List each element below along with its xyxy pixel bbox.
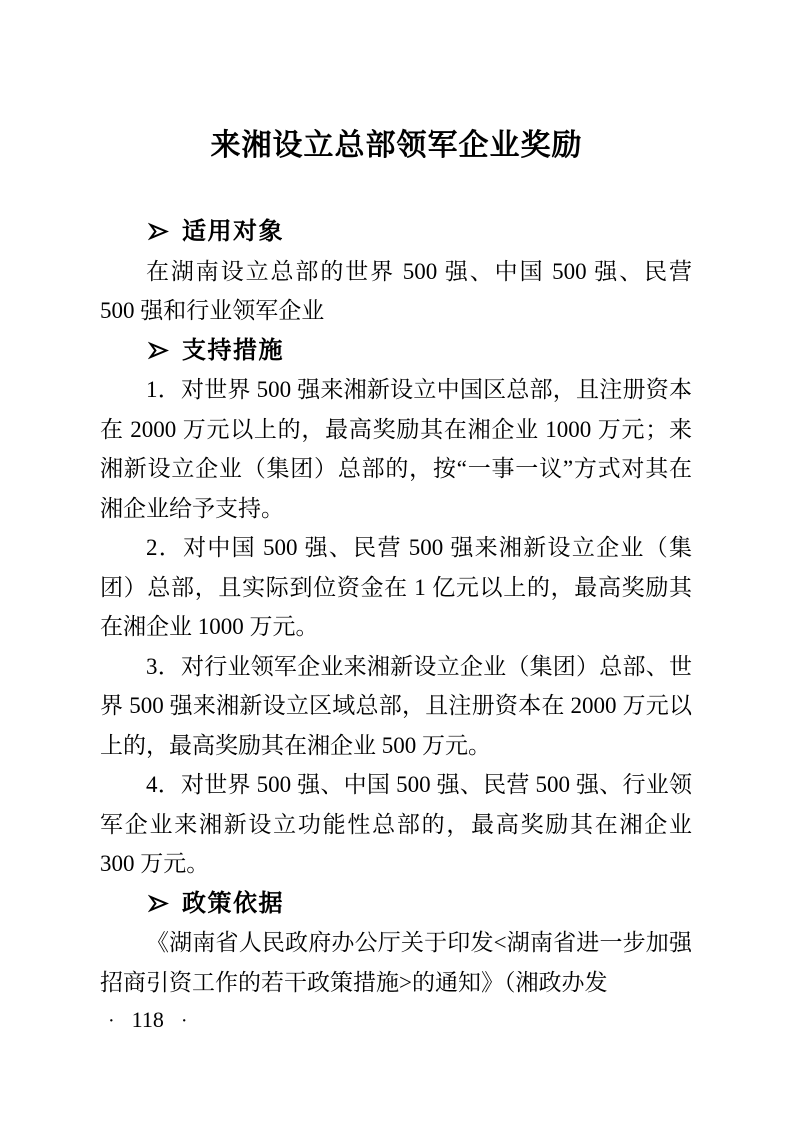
arrow-bullet-icon [148,340,169,361]
arrow-bullet-icon [148,893,169,914]
body-paragraph: 1．对世界 500 强来湘新设立中国区总部，且注册资本在 2000 万元以上的，… [100,370,692,528]
body-paragraph: 2．对中国 500 强、民营 500 强来湘新设立企业（集团）总部，且实际到位资… [100,528,692,647]
body-paragraph: 《湖南省人民政府办公厅关于印发<湖南省进一步加强招商引资工作的若干政策措施>的通… [100,923,692,1002]
section-heading-label: 政策依据 [182,884,284,924]
page-number: 118 [132,1006,164,1034]
section-heading: 政策依据 [100,884,692,924]
page-footer: · 118 · [108,1006,188,1035]
footer-right-dot: · [181,1007,188,1035]
body-paragraph: 3．对行业领军企业来湘新设立企业（集团）总部、世界 500 强来湘新设立区域总部… [100,647,692,766]
body-paragraph: 4．对世界 500 强、中国 500 强、民营 500 强、行业领军企业来湘新设… [100,765,692,884]
document-content: 适用对象在湖南设立总部的世界 500 强、中国 500 强、民营 500 强和行… [100,212,692,1002]
body-paragraph: 在湖南设立总部的世界 500 强、中国 500 强、民营 500 强和行业领军企… [100,252,692,331]
section-heading-label: 支持措施 [182,331,284,371]
arrow-bullet-icon [148,221,169,242]
footer-left-dot: · [108,1007,115,1035]
page-title: 来湘设立总部领军企业奖励 [0,0,793,170]
section-heading: 支持措施 [100,331,692,371]
section-heading: 适用对象 [100,212,692,252]
document-page: 来湘设立总部领军企业奖励 适用对象在湖南设立总部的世界 500 强、中国 500… [0,0,793,1122]
section-heading-label: 适用对象 [182,212,284,252]
